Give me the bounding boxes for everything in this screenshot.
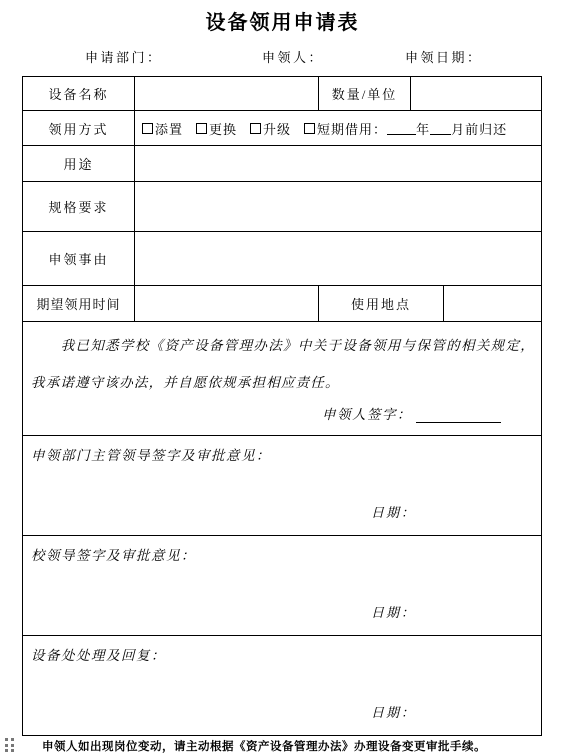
purpose-label: 用途 bbox=[23, 146, 135, 181]
checkbox-icon[interactable] bbox=[250, 123, 261, 134]
spec-label: 规格要求 bbox=[23, 182, 135, 231]
option-replace-label: 更换 bbox=[209, 119, 237, 138]
application-date-label: 申领日期： bbox=[405, 47, 483, 66]
location-input-cell[interactable] bbox=[444, 286, 541, 321]
spec-input-cell[interactable] bbox=[135, 182, 541, 231]
location-label: 使用地点 bbox=[319, 286, 444, 321]
month-suffix-label: 月前归还 bbox=[451, 119, 507, 138]
applicant-label: 申领人： bbox=[262, 47, 324, 66]
school-approval-cell[interactable]: 校领导签字及审批意见： 日期： bbox=[23, 536, 541, 635]
signature-blank-underline[interactable] bbox=[416, 408, 501, 423]
equipment-division-date-label: 日期： bbox=[371, 702, 416, 721]
document-page: 设备领用申请表 申请部门： 申领人： 申领日期： 设备名称 数量/单位 领用方式… bbox=[0, 0, 565, 754]
dept-approval-cell[interactable]: 申领部门主管领导签字及审批意见： 日期： bbox=[23, 436, 541, 535]
commitment-text: 我已知悉学校《资产设备管理办法》中关于设备领用与保管的相关规定，我承诺遵守该办法… bbox=[23, 322, 541, 401]
applying-department-label: 申请部门： bbox=[85, 47, 163, 66]
month-blank-underline[interactable] bbox=[430, 122, 451, 135]
checkbox-icon[interactable] bbox=[304, 123, 315, 134]
checkbox-icon[interactable] bbox=[196, 123, 207, 134]
school-approval-row: 校领导签字及审批意见： 日期： bbox=[23, 536, 541, 636]
equipment-division-label: 设备处处理及回复： bbox=[31, 644, 166, 664]
equipment-division-row: 设备处处理及回复： 日期： bbox=[23, 636, 541, 735]
table-row: 用途 bbox=[23, 146, 541, 182]
method-options-cell: 添置 更换 升级 短期借用： 年 月前归还 bbox=[135, 111, 541, 145]
year-suffix-label: 年 bbox=[416, 119, 430, 138]
method-label: 领用方式 bbox=[23, 111, 135, 145]
device-name-label: 设备名称 bbox=[23, 77, 135, 110]
table-row: 期望领用时间 使用地点 bbox=[23, 286, 541, 322]
option-add-label: 添置 bbox=[155, 119, 183, 138]
table-row: 申领事由 bbox=[23, 232, 541, 286]
dept-approval-date-label: 日期： bbox=[371, 502, 416, 521]
signature-label: 申领人签字： bbox=[322, 403, 412, 423]
expected-time-input-cell[interactable] bbox=[135, 286, 319, 321]
quantity-unit-label: 数量/单位 bbox=[319, 77, 411, 110]
applicant-signature-line: 申领人签字： bbox=[322, 403, 501, 423]
dots-handle-icon bbox=[5, 738, 14, 752]
table-row: 设备名称 数量/单位 bbox=[23, 77, 541, 111]
dept-approval-label: 申领部门主管领导签字及审批意见： bbox=[31, 444, 271, 464]
option-short-term-label: 短期借用： bbox=[317, 119, 387, 138]
school-approval-date-label: 日期： bbox=[371, 602, 416, 621]
school-approval-label: 校领导签字及审批意见： bbox=[31, 544, 196, 564]
expected-time-label: 期望领用时间 bbox=[23, 286, 135, 321]
reason-input-cell[interactable] bbox=[135, 232, 541, 285]
option-upgrade: 升级 bbox=[250, 119, 291, 138]
option-add: 添置 bbox=[142, 119, 183, 138]
option-upgrade-label: 升级 bbox=[263, 119, 291, 138]
quantity-unit-input-cell[interactable] bbox=[411, 77, 541, 110]
dept-approval-row: 申领部门主管领导签字及审批意见： 日期： bbox=[23, 436, 541, 536]
device-name-input-cell[interactable] bbox=[135, 77, 319, 110]
reason-label: 申领事由 bbox=[23, 232, 135, 285]
year-blank-underline[interactable] bbox=[387, 122, 416, 135]
footer-note: 申领人如出现岗位变动，请主动根据《资产设备管理办法》办理设备变更审批手续。 bbox=[42, 738, 486, 754]
option-replace: 更换 bbox=[196, 119, 237, 138]
requisition-form-table: 设备名称 数量/单位 领用方式 添置 更换 升级 bbox=[22, 76, 542, 736]
purpose-input-cell[interactable] bbox=[135, 146, 541, 181]
table-row: 领用方式 添置 更换 升级 短期借用： 年 bbox=[23, 111, 541, 146]
commitment-cell: 我已知悉学校《资产设备管理办法》中关于设备领用与保管的相关规定，我承诺遵守该办法… bbox=[23, 322, 541, 435]
equipment-division-cell[interactable]: 设备处处理及回复： 日期： bbox=[23, 636, 541, 735]
table-row: 规格要求 bbox=[23, 182, 541, 232]
commitment-row: 我已知悉学校《资产设备管理办法》中关于设备领用与保管的相关规定，我承诺遵守该办法… bbox=[23, 322, 541, 436]
option-short-term-loan: 短期借用： 年 月前归还 bbox=[304, 119, 507, 138]
page-title: 设备领用申请表 bbox=[0, 6, 565, 35]
checkbox-icon[interactable] bbox=[142, 123, 153, 134]
